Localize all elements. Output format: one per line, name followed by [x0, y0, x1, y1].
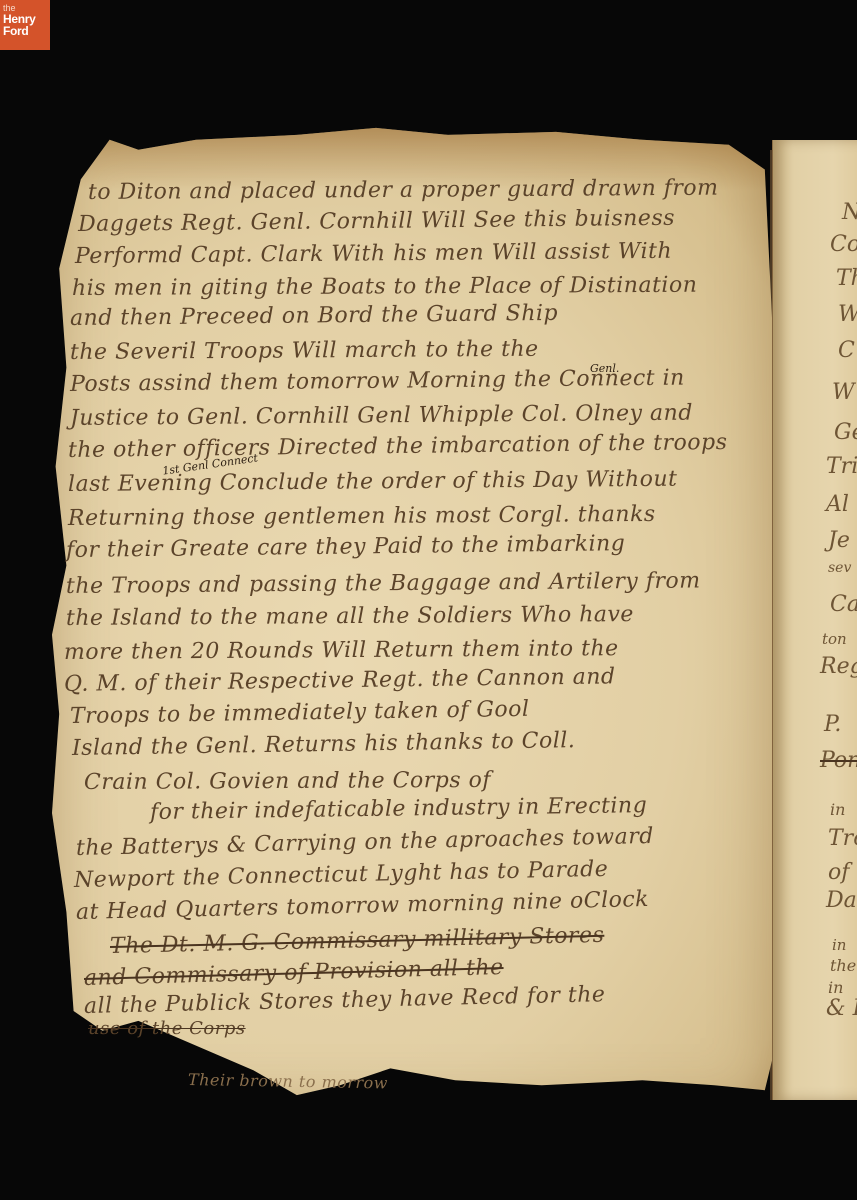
manuscript-line: Crain Col. Govien and the Corps of [84, 768, 491, 795]
right-page-fragment: Cap [830, 592, 857, 617]
right-page-fragment: N [842, 200, 857, 225]
right-page-fragment: & E [826, 996, 857, 1021]
manuscript-line: more then 20 Rounds Will Return them int… [64, 636, 619, 665]
right-page-fragment: P. [824, 712, 841, 737]
manuscript-line: the Severil Troops Will march to the the [70, 337, 539, 365]
right-page-fragment: ton [822, 630, 847, 648]
interlinear-insertion: Genl. [590, 362, 619, 375]
right-page-fragment: Al [826, 492, 849, 517]
right-page-fragment: Reg [820, 654, 857, 679]
right-page-fragment: Th [836, 266, 857, 291]
manuscript-line: Returning those gentlemen his most Corgl… [68, 502, 656, 531]
henry-ford-logo: the Henry Ford [0, 0, 50, 50]
right-page-fragment: C [838, 338, 855, 363]
manuscript-line: and then Preceed on Bord the Guard Ship [70, 301, 558, 331]
right-page-fragment: in [832, 936, 846, 954]
manuscript-line: last Evening Conclude the order of this … [68, 467, 678, 497]
right-page-fragment: W [838, 302, 857, 327]
right-page-fragment: in [828, 978, 843, 997]
manuscript-line: his men in giting the Boats to the Place… [72, 273, 697, 301]
manuscript-line: the Island to the mane all the Soldiers … [66, 602, 634, 631]
right-page-fragment: sev [828, 560, 851, 576]
right-page-fragment: W [832, 380, 855, 405]
right-page-fragment: Je [828, 528, 850, 553]
right-page-fragment: Tri [826, 454, 857, 479]
right-page-fragment: Co [830, 232, 857, 257]
right-page-fragment: of [828, 860, 849, 885]
right-page-fragment: Da [826, 888, 857, 913]
manuscript-line-faint: Their brown to morrow [188, 1070, 388, 1092]
right-page-fragment: the [830, 956, 856, 975]
manuscript-line: Performd Capt. Clark With his men Will a… [75, 239, 672, 269]
right-page-fragment: Pon [820, 748, 857, 773]
right-page-fragment: Tro [828, 826, 857, 851]
manuscript-line-struck: use of the Corps [88, 1018, 246, 1039]
logo-ford: Ford [3, 25, 50, 37]
right-page-fragment: in [830, 800, 845, 819]
right-page-fragment: Ge [834, 420, 857, 445]
manuscript-line: to Diton and placed under a proper guard… [88, 176, 719, 205]
